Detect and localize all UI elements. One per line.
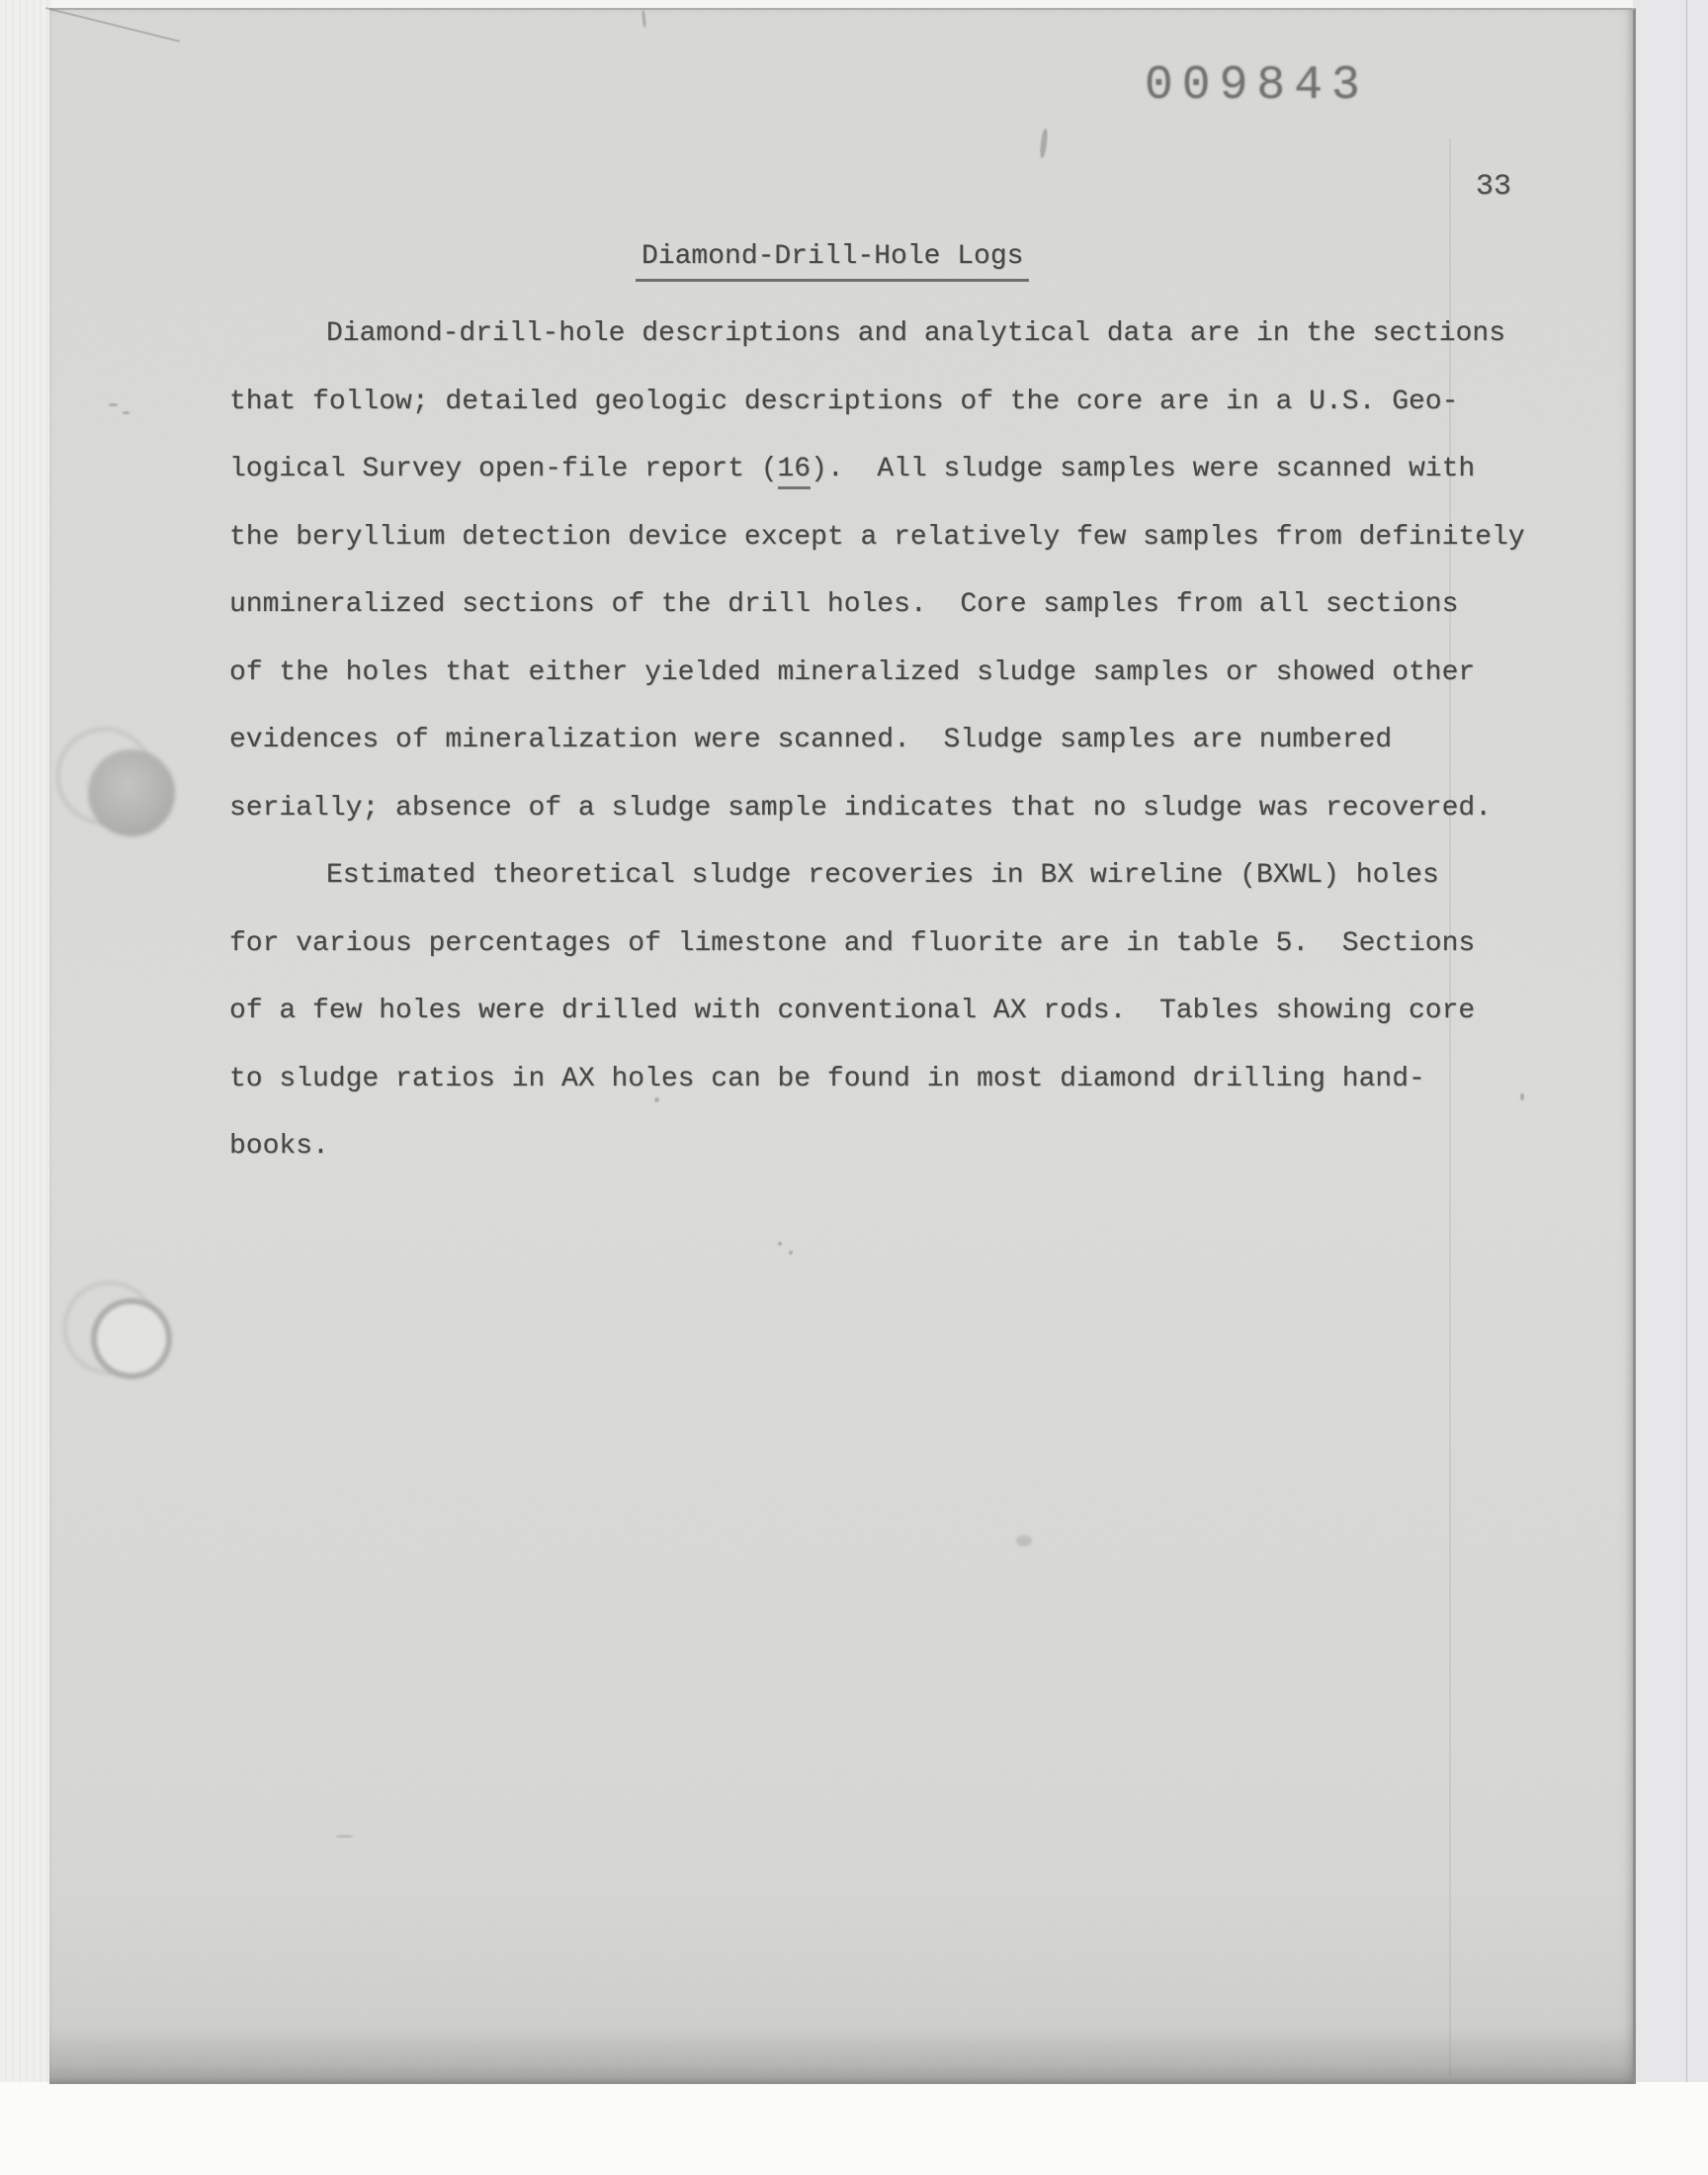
text-line: evidences of mineralization were scanned… (229, 707, 1643, 775)
ink-speck (123, 411, 129, 414)
page-top-edge-line (45, 7, 180, 43)
document-page: 009843 33 Diamond-Drill-Hole Logs Diamon… (49, 8, 1636, 2084)
text-segment: logical Survey open-file report ( (229, 454, 778, 484)
section-title-text: Diamond-Drill-Hole Logs (636, 241, 1029, 282)
page-number: 33 (1476, 170, 1511, 204)
scanned-document: 009843 33 Diamond-Drill-Hole Logs Diamon… (0, 0, 1708, 2175)
ink-speck (1520, 1093, 1524, 1100)
punch-hole-bottom (91, 1298, 172, 1379)
text-line: that follow; detailed geologic descripti… (229, 369, 1643, 437)
section-title: Diamond-Drill-Hole Logs (636, 241, 1029, 272)
ink-speck (641, 10, 646, 28)
ink-speck (336, 1835, 353, 1838)
text-line: of the holes that either yielded mineral… (229, 640, 1643, 708)
text-line: unmineralized sections of the drill hole… (229, 571, 1643, 640)
scanner-margin-left (0, 0, 51, 2175)
document-number-stamp: 009843 (1145, 59, 1369, 113)
text-segment: ). All sludge samples were scanned with (811, 454, 1475, 484)
ink-speck (109, 403, 118, 406)
scanner-margin-bottom (0, 2082, 1708, 2175)
text-line: books. (229, 1113, 1643, 1181)
ink-speck (778, 1242, 782, 1246)
punch-hole-top (88, 749, 175, 836)
text-line: to sludge ratios in AX holes can be foun… (229, 1046, 1643, 1114)
text-line: logical Survey open-file report (16). Al… (229, 436, 1643, 504)
text-line: the beryllium detection device except a … (229, 504, 1643, 572)
text-line: of a few holes were drilled with convent… (229, 978, 1643, 1046)
scanner-margin-right (1633, 0, 1708, 2175)
reference-number: 16 (778, 454, 811, 489)
text-line: Estimated theoretical sludge recoveries … (229, 842, 1643, 911)
page-bottom-shadow (49, 2027, 1633, 2084)
text-line: serially; absence of a sludge sample ind… (229, 775, 1643, 843)
ink-speck (789, 1251, 793, 1255)
body-text: Diamond-drill-hole descriptions and anal… (229, 301, 1643, 1181)
ink-speck (1039, 129, 1049, 159)
ink-speck (1016, 1535, 1032, 1546)
ink-speck (654, 1097, 659, 1102)
scanner-streak-line (1686, 0, 1687, 2175)
text-line: Diamond-drill-hole descriptions and anal… (229, 301, 1643, 369)
text-line: for various percentages of limestone and… (229, 911, 1643, 979)
